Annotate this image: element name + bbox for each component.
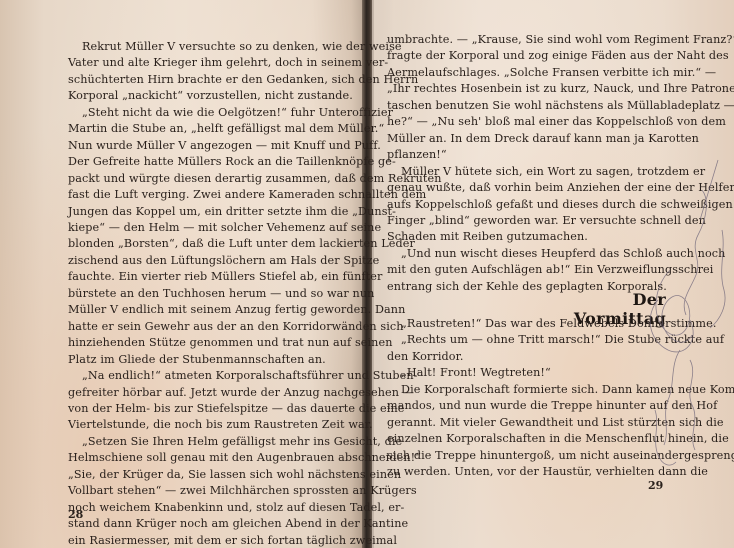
text-line: Martin die Stube an, „helft gefälligst m… [68,121,361,137]
text-line: ein Rasiermesser, mit dem er sich fortan… [68,533,361,548]
text-line: pflanzen!“ [387,147,666,163]
book-spread: Rekrut Müller V versuchte so zu denken, … [0,0,734,548]
text-line: sich die Treppe hinuntergoß, um nicht au… [387,448,666,464]
text-line: fast die Luft verging. Zwei andere Kamer… [68,187,361,203]
text-line: aufs Koppelschloß gefaßt und dieses durc… [387,197,666,213]
text-line: mandos, und nun wurde die Treppe hinunte… [387,398,666,414]
text-line: „Raustreten!“ Das war des Feldwebels Don… [387,316,666,332]
text-line: packt und würgte diesen derartig zusamme… [68,171,361,187]
right-page-text-top: umbrachte. — „Krause, Sie sind wohl vom … [387,32,666,295]
text-line: taschen benutzen Sie wohl nächstens als … [387,98,666,114]
text-line: „Setzen Sie Ihren Helm gefälligst mehr i… [68,434,361,450]
text-line: Jungen das Koppel um, ein dritter setzte… [68,204,361,220]
text-line: den Korridor. [387,349,666,365]
text-line: genau wußte, daß vorhin beim Anziehen de… [387,180,666,196]
text-line: stand dann Krüger noch am gleichen Abend… [68,516,361,532]
text-line: mit den guten Aufschlägen ab!“ Ein Verzw… [387,262,666,278]
text-line: umbrachte. — „Krause, Sie sind wohl vom … [387,32,666,48]
text-line: „Sie, der Krüger da, Sie lassen sich woh… [68,467,361,483]
right-page-text-bottom: „Raustreten!“ Das war des Feldwebels Don… [387,316,666,481]
text-line: fauchte. Ein vierter rieb Müllers Stiefe… [68,269,361,285]
text-line: Müller an. In dem Dreck darauf kann man … [387,131,666,147]
text-line: Viertelstunde, die noch bis zum Raustret… [68,417,361,433]
text-line: von der Helm- bis zur Stiefelspitze — da… [68,401,361,417]
text-line: gerannt. Mit vieler Gewandtheit und List… [387,415,666,431]
text-line: fragte der Korporal und zog einige Fäden… [387,48,666,64]
text-line: Rekrut Müller V versuchte so zu denken, … [68,39,361,55]
text-line: „Steht nicht da wie die Oelgötzen!“ fuhr… [68,105,361,121]
text-line: „Und nun wischt dieses Heupferd das Schl… [387,246,666,262]
page-number-left: 28 [68,508,83,521]
text-line: „Ihr rechtes Hosenbein ist zu kurz, Nauc… [387,81,666,97]
text-line: Platz im Gliede der Stubenmannschaften a… [68,352,361,368]
text-line: Finger „blind“ geworden war. Er versucht… [387,213,666,229]
page-number-right: 29 [648,479,663,492]
text-line: zischend aus den Lüftungslöchern am Hals… [68,253,361,269]
text-line: schüchterten Hirn brachte er den Gedanke… [68,72,361,88]
text-line: „Halt! Front! Wegtreten!“ [387,365,666,381]
text-line: hatte er sein Gewehr aus der an den Korr… [68,319,361,335]
text-line: Müller V hütete sich, ein Wort zu sagen,… [387,164,666,180]
text-line: einzelnen Korporalschaften in die Mensch… [387,431,666,447]
text-line: Aermelaufschlages. „Solche Fransen verbi… [387,65,666,81]
text-line: Vater und alte Krieger ihm gelehrt, doch… [68,55,361,71]
text-line: Schaden mit Reiben gutzumachen. [387,229,666,245]
text-line: he?“ — „Nu seh' bloß mal einer das Koppe… [387,114,666,130]
text-line: Nun wurde Müller V angezogen — mit Knuff… [68,138,361,154]
text-line: Helmschiene soll genau mit den Augenbrau… [68,450,361,466]
text-line: kiepe“ — den Helm — mit solcher Vehemenz… [68,220,361,236]
text-line: bürstete an den Tuchhosen herum — und so… [68,286,361,302]
text-line: Die Korporalschaft formierte sich. Dann … [387,382,666,398]
text-line: zu werden. Unten, vor der Haustür, verhi… [387,464,666,480]
text-line: blonden „Borsten“, daß die Luft unter de… [68,236,361,252]
text-line: Korporal „nackicht“ vorzustellen, nicht … [68,88,361,104]
text-line: Vollbart stehen“ — zwei Milchhärchen spr… [68,483,361,499]
text-line: Der Gefreite hatte Müllers Rock an die T… [68,154,361,170]
text-line: Müller V endlich mit seinem Anzug fertig… [68,302,361,318]
text-line: „Na endlich!“ atmeten Korporalschaftsfüh… [68,368,361,384]
text-line: gefreiter hörbar auf. Jetzt wurde der An… [68,385,361,401]
text-line: hinziehenden Stütze genommen und trat nu… [68,335,361,351]
left-page-text: Rekrut Müller V versuchte so zu denken, … [68,39,361,548]
text-line: noch weichem Knabenkinn und, stolz auf d… [68,500,361,516]
text-line: „Rechts um — ohne Tritt marsch!“ Die Stu… [387,332,666,348]
